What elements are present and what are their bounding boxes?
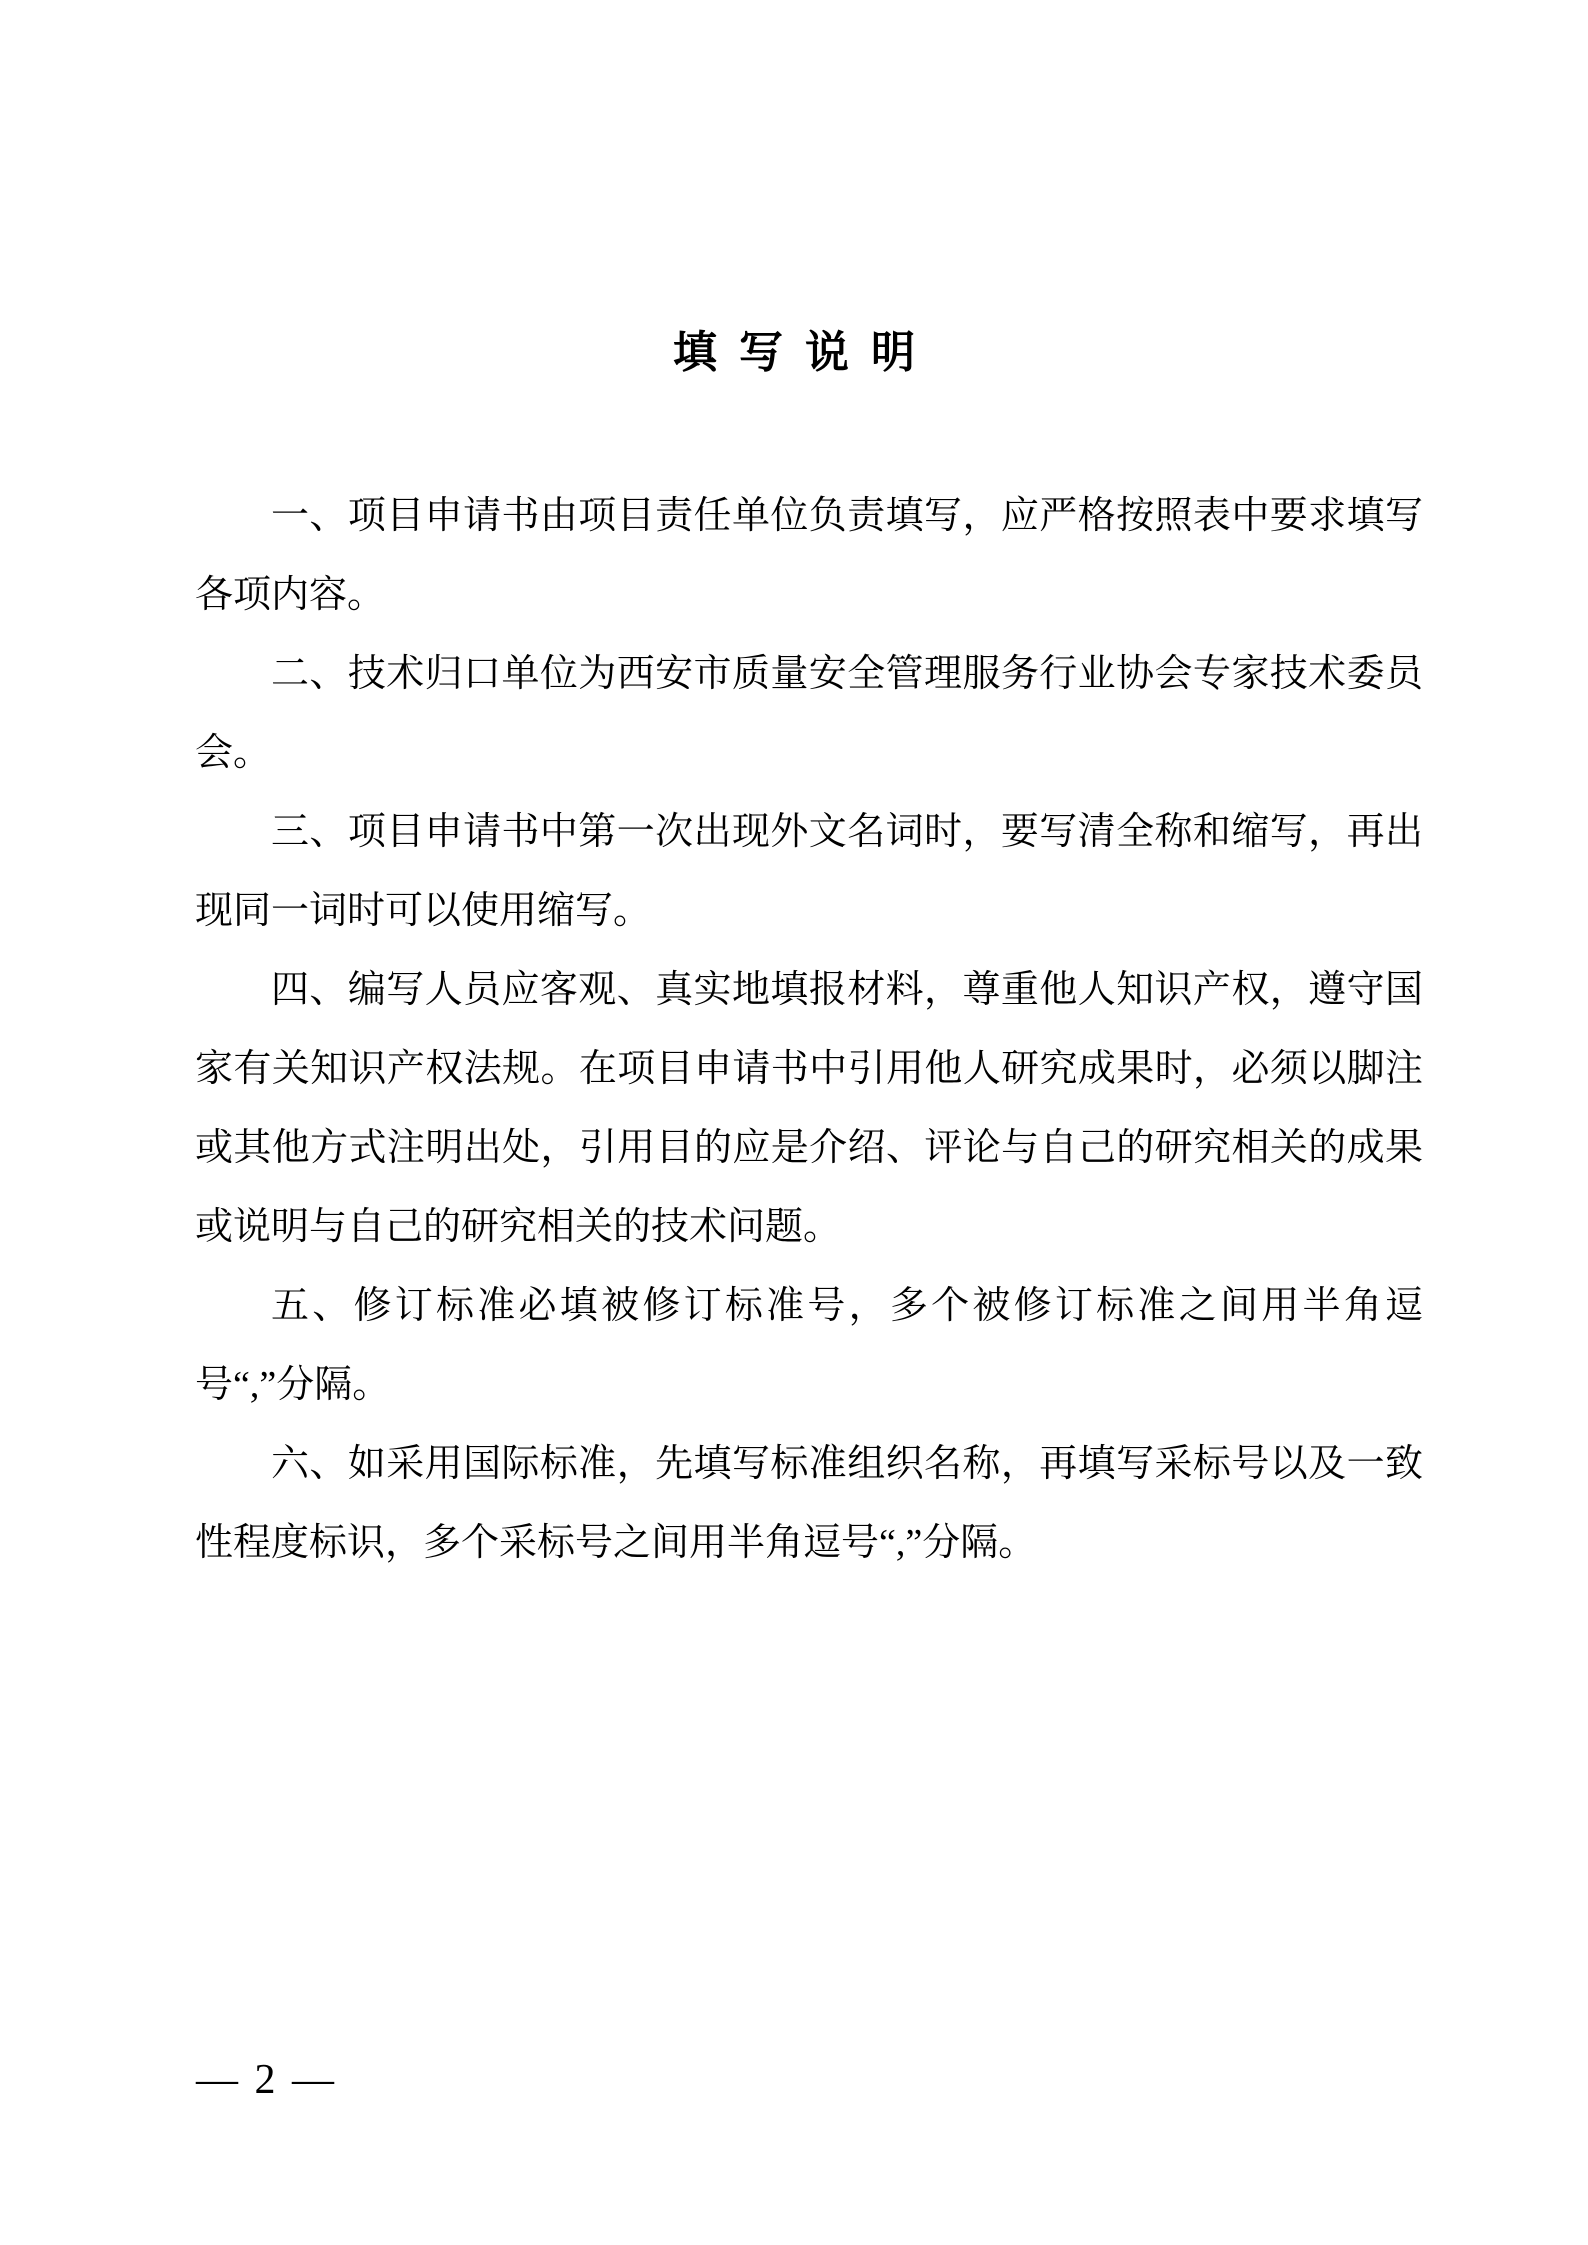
instruction-paragraph-6: 六、如采用国际标准，先填写标准组织名称，再填写采标号以及一致性程度标识，多个采标… [195, 1425, 1423, 1583]
instructions-body: 一、项目申请书由项目责任单位负责填写，应严格按照表中要求填写各项内容。 二、技术… [195, 477, 1423, 1583]
instruction-paragraph-3: 三、项目申请书中第一次出现外文名词时，要写清全称和缩写，再出现同一词时可以使用缩… [195, 793, 1423, 951]
instruction-paragraph-4: 四、编写人员应客观、真实地填报材料，尊重他人知识产权，遵守国家有关知识产权法规。… [195, 951, 1423, 1267]
page-number: — 2 — [196, 2056, 337, 2104]
instruction-paragraph-1: 一、项目申请书由项目责任单位负责填写，应严格按照表中要求填写各项内容。 [195, 477, 1423, 635]
instruction-paragraph-5: 五、修订标准必填被修订标准号，多个被修订标准之间用半角逗号“,”分隔。 [195, 1267, 1423, 1425]
page-title: 填写说明 [0, 316, 1588, 380]
instruction-paragraph-2: 二、技术归口单位为西安市质量安全管理服务行业协会专家技术委员会。 [195, 635, 1423, 793]
document-page: 填写说明 一、项目申请书由项目责任单位负责填写，应严格按照表中要求填写各项内容。… [0, 0, 1588, 2245]
